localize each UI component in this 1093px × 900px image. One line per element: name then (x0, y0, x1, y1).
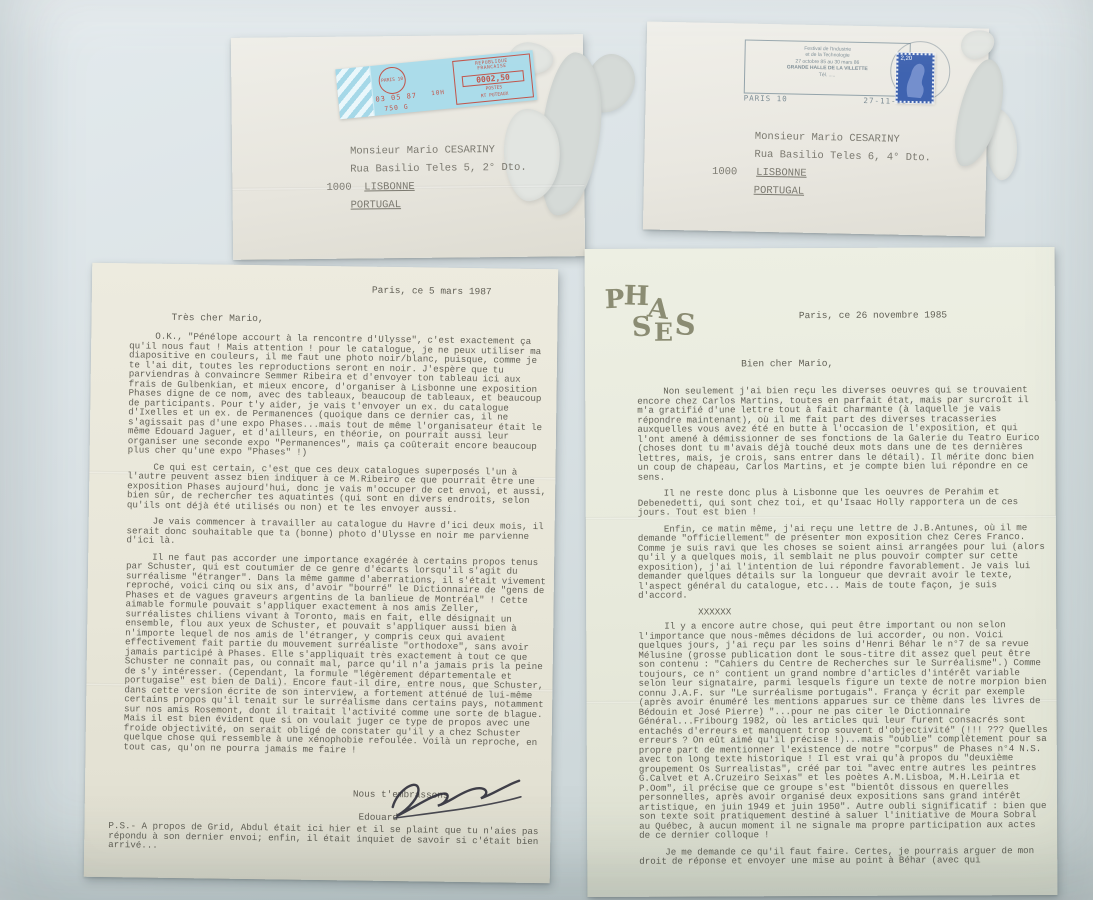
letter-phases-1985: P H A S E S Paris, ce 26 novembre 1985 B… (585, 247, 1058, 897)
paragraph: O.K., "Pénélope accourt à la rencontre d… (128, 331, 554, 460)
envelope-right: Festival de l'Industrie et de la Technol… (643, 21, 989, 236)
letter-dateline: Paris, ce 26 novembre 1985 (799, 309, 947, 321)
franking-city-circle: PARIS 10 (377, 66, 407, 96)
address-country: PORTUGAL (351, 195, 528, 215)
typed-separator: XXXXXX (638, 606, 1050, 617)
paragraph: Ce qui est certain, c'est que ces deux c… (127, 462, 552, 515)
torn-edge (958, 27, 997, 62)
envelope-left: PARIS 10 03 05 87 10H 750 G REPUBLIQUEFR… (231, 34, 585, 260)
franking-value-box: REPUBLIQUEFRANCAISE 0002,50 POSTES RT PU… (452, 53, 534, 104)
address-street: Rua Basilio Teles 5, 2° Dto. (350, 159, 527, 179)
logo-letter: E (654, 318, 673, 347)
recipient-address: Monsieur Mario CESARINY Rua Basilio Tele… (754, 128, 932, 204)
postmark-city: PARIS 10 (744, 93, 788, 103)
franking-date: 03 05 87 (375, 92, 417, 104)
address-country: PORTUGAL (754, 182, 931, 204)
postscript: P.S.- A propos de Grid, Abdul était ici … (108, 821, 546, 856)
letter-dateline: Paris, ce 5 mars 1987 (372, 285, 492, 298)
letter-salutation: Très cher Mario, (171, 312, 263, 324)
letter-body: O.K., "Pénélope accourt à la rencontre d… (123, 331, 553, 785)
franking-label: PARIS 10 03 05 87 10H 750 G REPUBLIQUEFR… (335, 50, 537, 119)
stamp-marianne-liberte: 2,20 (896, 53, 935, 104)
logo-letter: P (604, 285, 625, 316)
franking-zigzag-strip (335, 66, 375, 119)
logo-letter: S (674, 307, 697, 342)
paragraph: Il ne faut pas accorder une importance e… (123, 552, 550, 757)
letter-salutation: Bien cher Mario, (741, 358, 833, 369)
logo-letter: S (631, 311, 652, 343)
signature-jaguer (380, 771, 531, 829)
address-name: Monsieur Mario CESARINY (350, 141, 527, 161)
franking-center: PARIS 10 03 05 87 10H 750 G (370, 58, 454, 116)
stamp-denomination: 2,20 (900, 56, 912, 62)
paragraph: Je vais commencer à travailler au catalo… (126, 516, 550, 550)
recipient-address: Monsieur Mario CESARINY Rua Basilio Tele… (350, 141, 527, 215)
paragraph: Il y a encore autre chose, qui peut être… (638, 620, 1051, 840)
letter-jaguer-1987: Paris, ce 5 mars 1987 Très cher Mario, O… (84, 263, 559, 883)
letter-body: Non seulement j'ai bien reçu les diverse… (637, 385, 1051, 887)
phases-logo: P H A S E S (605, 280, 715, 352)
paragraph: Je me demande ce qu'il faut faire. Certe… (639, 845, 1051, 866)
paragraph: Non seulement j'ai bien reçu les diverse… (637, 385, 1049, 482)
paragraph: Enfin, ce matin même, j'ai reçu une lett… (638, 523, 1050, 601)
paragraph: Il ne reste donc plus à Lisbonne que les… (638, 487, 1050, 517)
postmark-slogan-box: Festival de l'Industrie et de la Technol… (744, 39, 911, 96)
franking-weight: 750 G (384, 103, 409, 113)
franking-hour: 10H (431, 89, 445, 97)
logo-letter: H (623, 280, 649, 312)
photo-of-letters: PARIS 10 03 05 87 10H 750 G REPUBLIQUEFR… (0, 0, 1093, 900)
address-city-line: 1000 LISBONNE (350, 177, 527, 197)
